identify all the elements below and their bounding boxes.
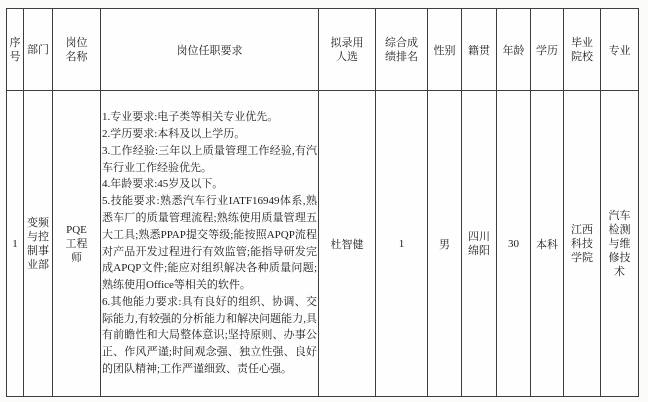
requirement-item: 1.专业要求:电子类等相关专业优先。 [102, 109, 317, 126]
table-row: 1 变频 与控 制事 业部 PQE 工程 师 1.专业要求:电子类等相关专业优先… [7, 91, 639, 397]
col-header-candidate: 拟录用 人选 [319, 9, 376, 91]
cell-native-place: 四川 绵阳 [462, 91, 497, 397]
col-header-native-place: 籍贯 [462, 9, 497, 91]
requirement-item: 6.其他能力要求:具有良好的组织、协调、交际能力,有较强的分析能力和解决问题能力… [102, 294, 317, 378]
col-header-index: 序 号 [7, 9, 24, 91]
col-header-school: 毕业 院校 [564, 9, 601, 91]
cell-school: 江西 科技 学院 [564, 91, 601, 397]
col-header-position: 岗位 名称 [53, 9, 101, 91]
requirement-item: 4.年龄要求:45岁及以下。 [102, 176, 317, 193]
cell-gender: 男 [428, 91, 462, 397]
col-header-education: 学历 [531, 9, 564, 91]
cell-requirements: 1.专业要求:电子类等相关专业优先。 2.学历要求:本科及以上学历。 3.工作经… [101, 91, 319, 397]
col-header-gender: 性别 [428, 9, 462, 91]
cell-department: 变频 与控 制事 业部 [24, 91, 53, 397]
cell-major: 汽车 检测 与维 修技 术 [601, 91, 639, 397]
cell-index: 1 [7, 91, 24, 397]
cell-candidate: 杜智健 [319, 91, 376, 397]
col-header-rank: 综合成 绩排名 [376, 9, 428, 91]
requirement-item: 3.工作经验:三年以上质量管理工作经验,有汽车行业工作经验优先。 [102, 143, 317, 177]
col-header-age: 年龄 [497, 9, 531, 91]
cell-rank: 1 [376, 91, 428, 397]
requirement-item: 2.学历要求:本科及以上学历。 [102, 126, 317, 143]
cell-position: PQE 工程 师 [53, 91, 101, 397]
table-header-row: 序 号 部门 岗位 名称 岗位任职要求 拟录用 人选 综合成 绩排名 性别 籍贯… [7, 9, 639, 91]
document-page: 序 号 部门 岗位 名称 岗位任职要求 拟录用 人选 综合成 绩排名 性别 籍贯… [0, 0, 648, 402]
col-header-requirements: 岗位任职要求 [101, 9, 319, 91]
col-header-department: 部门 [24, 9, 53, 91]
recruitment-table: 序 号 部门 岗位 名称 岗位任职要求 拟录用 人选 综合成 绩排名 性别 籍贯… [6, 8, 639, 397]
col-header-major: 专业 [601, 9, 639, 91]
requirement-item: 5.技能要求:熟悉汽车行业IATF16949体系,熟悉车厂的质量管理流程;熟练使… [102, 193, 317, 294]
cell-age: 30 [497, 91, 531, 397]
cell-education: 本科 [531, 91, 564, 397]
